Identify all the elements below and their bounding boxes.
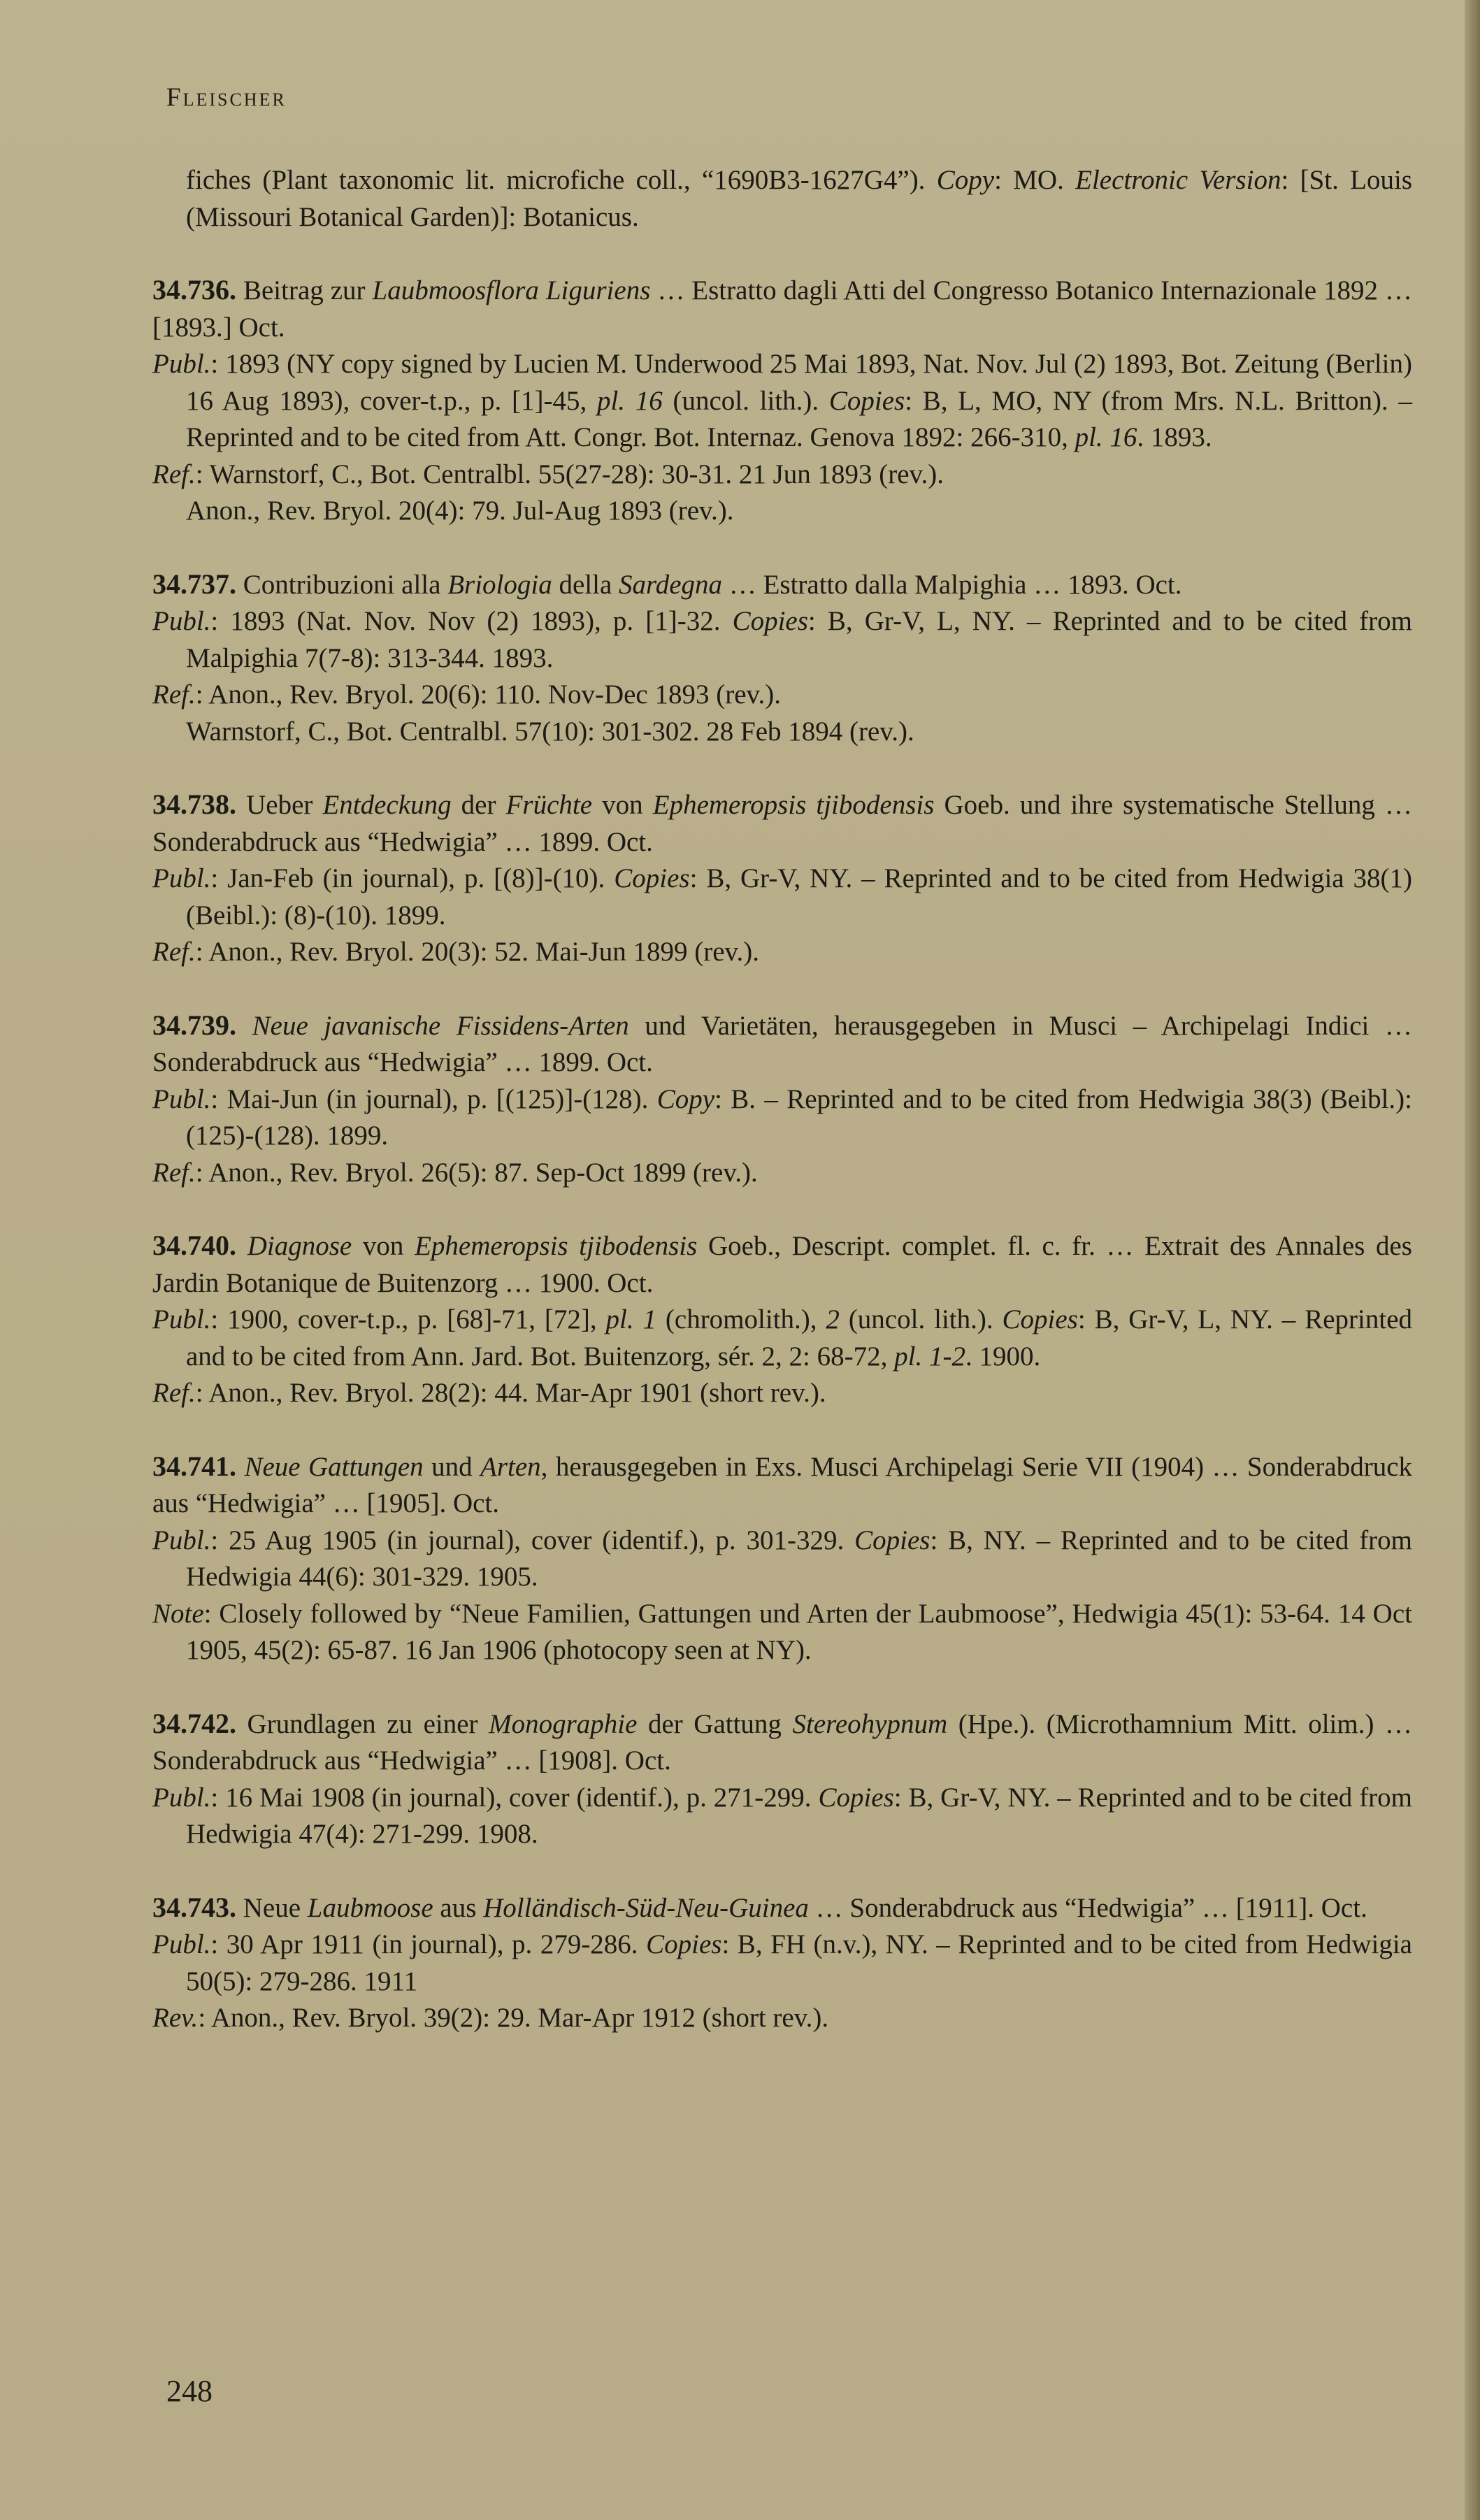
running-head: Fleischer bbox=[166, 82, 287, 113]
text-run: : Anon., Rev. Bryol. 26(5): 87. Sep-Oct … bbox=[196, 1158, 758, 1188]
text-run: Beitrag zur bbox=[236, 275, 373, 305]
italic-text: Copies bbox=[818, 1783, 893, 1813]
field-label: Publ. bbox=[152, 606, 210, 636]
field-label: Publ. bbox=[152, 1783, 210, 1813]
text-run bbox=[236, 1011, 252, 1041]
italic-text: Copy bbox=[937, 165, 994, 195]
field-label: Ref. bbox=[152, 459, 196, 489]
text-run: (uncol. lith.). bbox=[840, 1304, 1003, 1334]
continuation-paragraph: fiches (Plant taxonomic lit. microfiche … bbox=[152, 162, 1412, 236]
field-label: Publ. bbox=[152, 1304, 210, 1334]
italic-text: Früchte bbox=[506, 790, 592, 820]
italic-text: Neue Gattungen bbox=[244, 1452, 423, 1482]
italic-text: Copies bbox=[854, 1525, 930, 1555]
entry-field-rev: Rev.: Anon., Rev. Bryol. 39(2): 29. Mar-… bbox=[152, 2000, 1412, 2037]
italic-text: Sardegna bbox=[619, 570, 722, 600]
text-run: della bbox=[552, 570, 619, 600]
text-run: : Mai-Jun (in journal), p. [(125)]-(128)… bbox=[210, 1084, 656, 1114]
italic-text: Copies bbox=[646, 1929, 721, 1959]
text-run bbox=[236, 1231, 247, 1261]
text-run: : Anon., Rev. Bryol. 28(2): 44. Mar-Apr … bbox=[196, 1378, 826, 1408]
text-run: Grundlagen zu einer bbox=[236, 1709, 489, 1739]
entry-field-publ: Publ.: Jan-Feb (in journal), p. [(8)]-(1… bbox=[152, 861, 1412, 934]
additional-reference: Warnstorf, C., Bot. Centralbl. 57(10): 3… bbox=[152, 714, 1412, 751]
italic-text: Laubmoose bbox=[308, 1893, 433, 1923]
text-run: : 25 Aug 1905 (in journal), cover (ident… bbox=[210, 1525, 854, 1555]
text-run: … Sonderabdruck aus “Hedwigia” … [1911].… bbox=[809, 1893, 1367, 1923]
field-label: Ref. bbox=[152, 679, 196, 710]
entry-list: 34.736. Beitrag zur Laubmoosflora Liguri… bbox=[152, 272, 1412, 2037]
text-run: (uncol. lith.). bbox=[663, 386, 829, 416]
entry-number: 34.736. bbox=[152, 274, 236, 305]
italic-text: Briologia bbox=[447, 570, 552, 600]
text-run: Neue bbox=[236, 1893, 308, 1923]
field-label: Publ. bbox=[152, 1084, 210, 1114]
field-label: Ref. bbox=[152, 1158, 196, 1188]
entry-title: 34.740. Diagnose von Ephemeropsis tjibod… bbox=[152, 1227, 1412, 1302]
italic-text: Copies bbox=[829, 386, 905, 416]
page-edge bbox=[1465, 0, 1480, 2520]
entry-number: 34.742. bbox=[152, 1708, 236, 1739]
italic-text: pl. 1-2 bbox=[894, 1341, 965, 1371]
bibliography-entry: 34.740. Diagnose von Ephemeropsis tjibod… bbox=[152, 1227, 1412, 1412]
bibliography-entry: 34.738. Ueber Entdeckung der Früchte von… bbox=[152, 786, 1412, 971]
bibliography-entry: 34.743. Neue Laubmoose aus Holländisch-S… bbox=[152, 1889, 1412, 2037]
text-run: : 30 Apr 1911 (in journal), p. 279-286. bbox=[210, 1929, 646, 1959]
entry-title: 34.738. Ueber Entdeckung der Früchte von… bbox=[152, 786, 1412, 861]
bibliography-entry: 34.737. Contribuzioni alla Briologia del… bbox=[152, 566, 1412, 751]
italic-text: Laubmoosflora Liguriens bbox=[373, 275, 651, 305]
text-run: : Jan-Feb (in journal), p. [(8)]-(10). bbox=[210, 863, 614, 893]
text-run: von bbox=[592, 790, 653, 820]
additional-reference: Anon., Rev. Bryol. 20(4): 79. Jul-Aug 18… bbox=[152, 493, 1412, 530]
field-label: Publ. bbox=[152, 1525, 210, 1555]
bibliography-entry: 34.741. Neue Gattungen und Arten, heraus… bbox=[152, 1448, 1412, 1669]
italic-text: pl. 16 bbox=[597, 386, 663, 416]
entry-title: 34.742. Grundlagen zu einer Monographie … bbox=[152, 1706, 1412, 1780]
entry-number: 34.740. bbox=[152, 1230, 236, 1261]
italic-text: Neue javanische Fissidens-Arten bbox=[252, 1011, 629, 1041]
field-label: Publ. bbox=[152, 349, 210, 379]
field-label: Rev. bbox=[152, 2003, 198, 2033]
text-run: : MO. bbox=[994, 165, 1075, 195]
entry-field-ref: Ref.: Warnstorf, C., Bot. Centralbl. 55(… bbox=[152, 456, 1412, 494]
entry-field-publ: Publ.: 16 Mai 1908 (in journal), cover (… bbox=[152, 1780, 1412, 1853]
entry-field-publ: Publ.: 25 Aug 1905 (in journal), cover (… bbox=[152, 1522, 1412, 1596]
book-page: Fleischer fiches (Plant taxonomic lit. m… bbox=[0, 0, 1465, 2520]
entry-field-publ: Publ.: 30 Apr 1911 (in journal), p. 279-… bbox=[152, 1927, 1412, 2000]
bibliography-entry: 34.742. Grundlagen zu einer Monographie … bbox=[152, 1706, 1412, 1853]
entry-field-note: Note: Closely followed by “Neue Familien… bbox=[152, 1596, 1412, 1669]
italic-text: Copy bbox=[657, 1084, 714, 1114]
page-number: 248 bbox=[166, 2373, 213, 2409]
italic-text: Entdeckung bbox=[322, 790, 451, 820]
field-label: Ref. bbox=[152, 937, 196, 967]
text-run: : 1900, cover-t.p., p. [68]-71, [72], bbox=[210, 1304, 605, 1334]
entry-number: 34.743. bbox=[152, 1892, 236, 1923]
bibliography-content: fiches (Plant taxonomic lit. microfiche … bbox=[152, 162, 1412, 2037]
field-label: Publ. bbox=[152, 863, 210, 893]
italic-text: Monographie bbox=[489, 1709, 637, 1739]
entry-field-publ: Publ.: 1893 (NY copy signed by Lucien M.… bbox=[152, 346, 1412, 456]
text-run: : Anon., Rev. Bryol. 20(6): 110. Nov-Dec… bbox=[196, 679, 781, 710]
italic-text: Ephemeropsis tjibodensis bbox=[415, 1231, 697, 1261]
italic-text: Ephemeropsis tjibodensis bbox=[653, 790, 935, 820]
italic-text: Stereohypnum bbox=[793, 1709, 948, 1739]
text-run: : Closely followed by “Neue Familien, Ga… bbox=[186, 1599, 1412, 1666]
italic-text: Holländisch-Süd-Neu-Guinea bbox=[483, 1893, 809, 1923]
entry-field-publ: Publ.: 1893 (Nat. Nov. Nov (2) 1893), p.… bbox=[152, 603, 1412, 677]
text-run: Ueber bbox=[236, 790, 322, 820]
text-run: . 1893. bbox=[1137, 422, 1212, 452]
text-run: der bbox=[452, 790, 506, 820]
entry-field-ref: Ref.: Anon., Rev. Bryol. 20(3): 52. Mai-… bbox=[152, 934, 1412, 971]
bibliography-entry: 34.736. Beitrag zur Laubmoosflora Liguri… bbox=[152, 272, 1412, 530]
entry-field-ref: Ref.: Anon., Rev. Bryol. 20(6): 110. Nov… bbox=[152, 677, 1412, 714]
entry-title: 34.741. Neue Gattungen und Arten, heraus… bbox=[152, 1448, 1412, 1522]
text-run bbox=[236, 1452, 244, 1482]
entry-field-publ: Publ.: Mai-Jun (in journal), p. [(125)]-… bbox=[152, 1081, 1412, 1155]
entry-number: 34.738. bbox=[152, 789, 236, 820]
entry-field-publ: Publ.: 1900, cover-t.p., p. [68]-71, [72… bbox=[152, 1302, 1412, 1375]
text-run: : 16 Mai 1908 (in journal), cover (ident… bbox=[210, 1783, 818, 1813]
entry-number: 34.737. bbox=[152, 568, 236, 600]
field-label: Publ. bbox=[152, 1929, 210, 1959]
text-run: (chromolith.), bbox=[656, 1304, 826, 1334]
italic-text: Arten bbox=[480, 1452, 541, 1482]
text-run: von bbox=[352, 1231, 415, 1261]
text-run: : Anon., Rev. Bryol. 20(3): 52. Mai-Jun … bbox=[196, 937, 759, 967]
text-run: und bbox=[424, 1452, 480, 1482]
text-run: : 1893 (Nat. Nov. Nov (2) 1893), p. [1]-… bbox=[210, 606, 732, 636]
text-run: : Warnstorf, C., Bot. Centralbl. 55(27-2… bbox=[196, 459, 944, 489]
italic-text: Copies bbox=[1003, 1304, 1078, 1334]
italic-text: Copies bbox=[733, 606, 808, 636]
entry-title: 34.739. Neue javanische Fissidens-Arten … bbox=[152, 1007, 1412, 1081]
italic-text: Electronic Version bbox=[1075, 165, 1281, 195]
italic-text: Diagnose bbox=[247, 1231, 352, 1261]
text-run: fiches (Plant taxonomic lit. microfiche … bbox=[186, 165, 937, 195]
text-run: Contribuzioni alla bbox=[236, 570, 447, 600]
entry-title: 34.736. Beitrag zur Laubmoosflora Liguri… bbox=[152, 272, 1412, 346]
bibliography-entry: 34.739. Neue javanische Fissidens-Arten … bbox=[152, 1007, 1412, 1192]
field-label: Note bbox=[152, 1599, 204, 1629]
entry-number: 34.739. bbox=[152, 1009, 236, 1041]
entry-title: 34.737. Contribuzioni alla Briologia del… bbox=[152, 566, 1412, 604]
entry-field-ref: Ref.: Anon., Rev. Bryol. 26(5): 87. Sep-… bbox=[152, 1155, 1412, 1192]
italic-text: Copies bbox=[614, 863, 689, 893]
field-label: Ref. bbox=[152, 1378, 196, 1408]
italic-text: 2 bbox=[826, 1304, 840, 1334]
text-run: aus bbox=[433, 1893, 484, 1923]
italic-text: pl. 1 bbox=[606, 1304, 657, 1334]
italic-text: pl. 16 bbox=[1075, 422, 1137, 452]
text-run: : Anon., Rev. Bryol. 39(2): 29. Mar-Apr … bbox=[198, 2003, 828, 2033]
text-run: … Estratto dalla Malpighia … 1893. Oct. bbox=[722, 570, 1181, 600]
text-run: . 1900. bbox=[965, 1341, 1040, 1371]
entry-field-ref: Ref.: Anon., Rev. Bryol. 28(2): 44. Mar-… bbox=[152, 1375, 1412, 1412]
entry-number: 34.741. bbox=[152, 1450, 236, 1482]
text-run: der Gattung bbox=[637, 1709, 792, 1739]
entry-title: 34.743. Neue Laubmoose aus Holländisch-S… bbox=[152, 1889, 1412, 1927]
